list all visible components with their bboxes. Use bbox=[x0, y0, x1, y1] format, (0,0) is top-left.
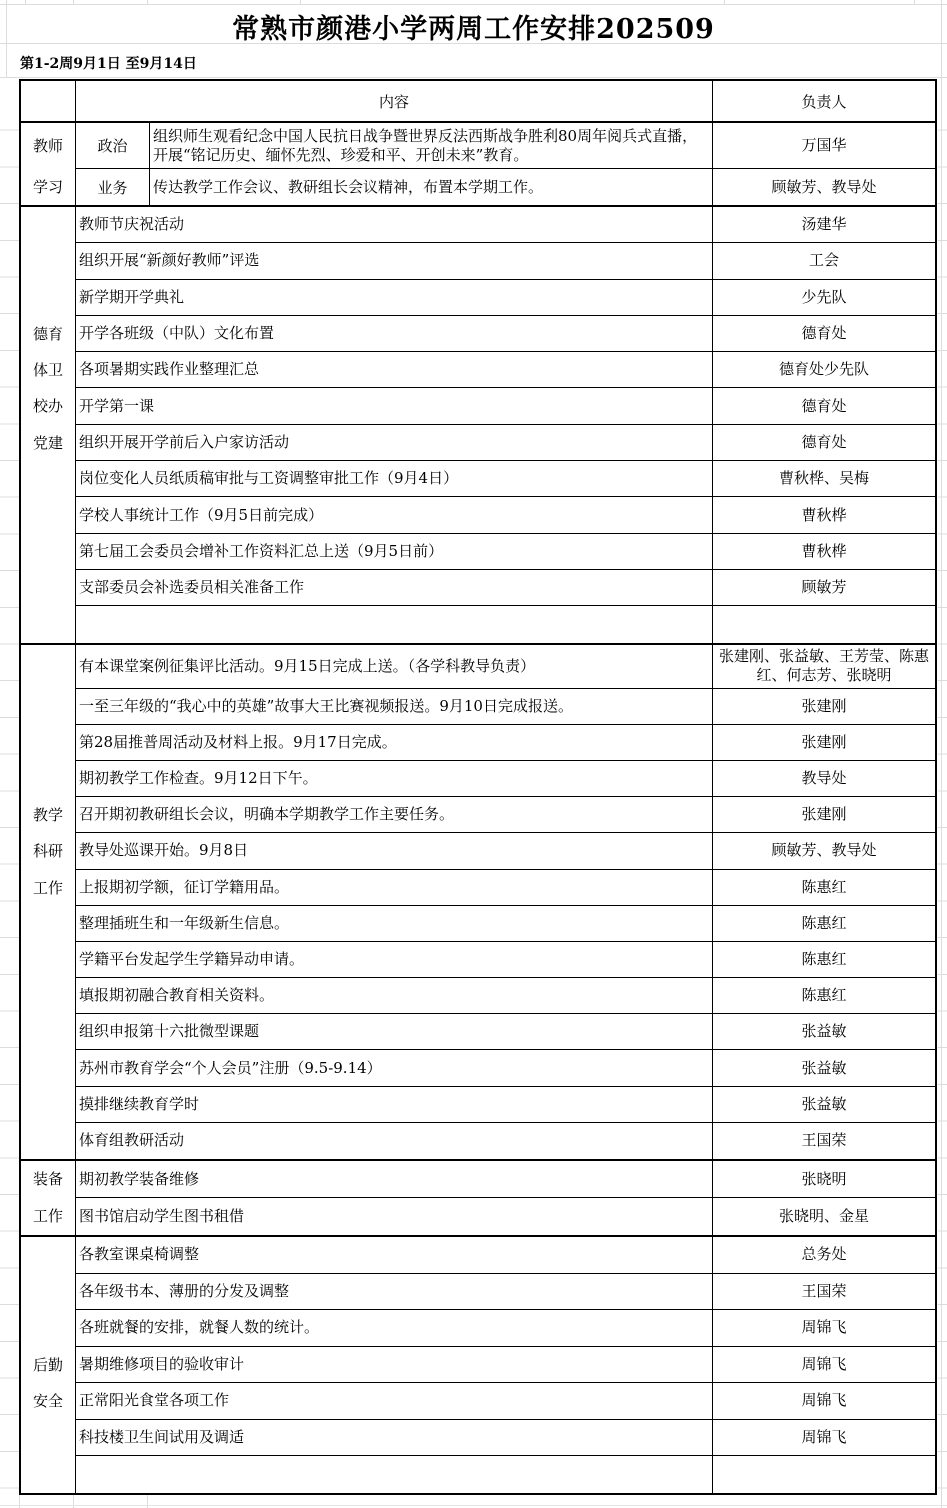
table-row: 填报期初融合教育相关资料。陈惠红 bbox=[76, 978, 935, 1014]
task-person-cell bbox=[713, 606, 935, 642]
task-person-cell: 曹秋桦 bbox=[713, 534, 935, 569]
table-row: 组织开展“新颜好教师”评选工会 bbox=[76, 243, 935, 279]
category-label: 校办 bbox=[21, 388, 75, 424]
table-row bbox=[76, 1456, 935, 1493]
task-content-cell: 期初教学装备维修 bbox=[76, 1161, 713, 1197]
sheet-gridline bbox=[0, 4, 947, 5]
table-row: 召开期初教研组长会议，明确本学期教学工作主要任务。张建刚 bbox=[76, 797, 935, 833]
task-person-cell: 陈惠红 bbox=[713, 942, 935, 977]
section-rows: 期初教学装备维修张晓明图书馆启动学生图书租借张晓明、金星 bbox=[76, 1161, 935, 1235]
table-row: 各教室课桌椅调整总务处 bbox=[76, 1237, 935, 1274]
task-person-cell: 曹秋桦、吴梅 bbox=[713, 461, 935, 496]
header-category-cell bbox=[21, 81, 76, 121]
table-row: 有本课堂案例征集评比活动。9月15日完成上送。（各学科教导负责）张建刚、张益敏、… bbox=[76, 645, 935, 689]
table-row bbox=[76, 606, 935, 642]
section-equipment-work: 装备工作期初教学装备维修张晓明图书馆启动学生图书租借张晓明、金星 bbox=[21, 1161, 935, 1237]
header-content-cell: 内容 bbox=[76, 81, 713, 121]
task-person-cell bbox=[713, 1456, 935, 1493]
table-body: 教师学习政治组织师生观看纪念中国人民抗日战争暨世界反法西斯战争胜利80周年阅兵式… bbox=[21, 123, 935, 1493]
task-person-cell: 周锦飞 bbox=[713, 1420, 935, 1456]
category-label: 科研 bbox=[21, 833, 75, 869]
task-content-cell: 体育组教研活动 bbox=[76, 1123, 713, 1159]
task-content-cell: 填报期初融合教育相关资料。 bbox=[76, 978, 713, 1013]
task-person-cell: 张建刚 bbox=[713, 797, 935, 832]
task-content-cell: 召开期初教研组长会议，明确本学期教学工作主要任务。 bbox=[76, 797, 713, 832]
task-content-cell: 支部委员会补选委员相关准备工作 bbox=[76, 570, 713, 605]
task-person-cell: 陈惠红 bbox=[713, 906, 935, 941]
task-person-cell: 顾敏芳、教导处 bbox=[713, 833, 935, 868]
table-row: 上报期初学额，征订学籍用品。陈惠红 bbox=[76, 870, 935, 906]
table-row: 政治组织师生观看纪念中国人民抗日战争暨世界反法西斯战争胜利80周年阅兵式直播，开… bbox=[76, 123, 935, 169]
task-person-cell: 陈惠红 bbox=[713, 978, 935, 1013]
table-row: 第28届推普周活动及材料上报。9月17日完成。张建刚 bbox=[76, 725, 935, 761]
task-person-cell: 教导处 bbox=[713, 761, 935, 796]
task-content-cell: 图书馆启动学生图书租借 bbox=[76, 1198, 713, 1235]
spreadsheet-canvas: 常熟市颜港小学两周工作安排202509 第1-2周9月1日 至9月14日 内容 … bbox=[0, 0, 947, 1508]
task-content-cell: 组织师生观看纪念中国人民抗日战争暨世界反法西斯战争胜利80周年阅兵式直播，开展“… bbox=[150, 123, 713, 168]
table-row: 各项暑期实践作业整理汇总德育处少先队 bbox=[76, 352, 935, 388]
sheet-gridlines-right-margin bbox=[938, 94, 947, 1494]
sheet-gridline bbox=[19, 1495, 20, 1508]
category-label: 体卫 bbox=[21, 352, 75, 388]
task-person-cell: 汤建华 bbox=[713, 207, 935, 242]
task-person-cell: 总务处 bbox=[713, 1237, 935, 1273]
task-content-cell: 上报期初学额，征订学籍用品。 bbox=[76, 870, 713, 905]
task-content-cell: 教导处巡课开始。9月8日 bbox=[76, 833, 713, 868]
sheet-gridline bbox=[0, 77, 947, 78]
task-person-cell: 少先队 bbox=[713, 280, 935, 315]
task-person-cell: 德育处 bbox=[713, 388, 935, 423]
section-rows: 有本课堂案例征集评比活动。9月15日完成上送。（各学科教导负责）张建刚、张益敏、… bbox=[76, 645, 935, 1159]
task-person-cell: 张建刚、张益敏、王芳莹、陈惠红、何志芳、张晓明 bbox=[713, 645, 935, 688]
task-content-cell: 传达教学工作会议、教研组长会议精神，布置本学期工作。 bbox=[150, 169, 713, 205]
category-cell: 教学科研工作 bbox=[21, 645, 76, 1159]
subcategory-cell: 业务 bbox=[76, 169, 150, 205]
table-row: 教导处巡课开始。9月8日顾敏芳、教导处 bbox=[76, 833, 935, 869]
section-rows: 各教室课桌椅调整总务处各年级书本、薄册的分发及调整王国荣各班就餐的安排，就餐人数… bbox=[76, 1237, 935, 1493]
task-person-cell: 陈惠红 bbox=[713, 870, 935, 905]
table-row: 正常阳光食堂各项工作周锦飞 bbox=[76, 1383, 935, 1420]
category-cell: 后勤安全 bbox=[21, 1237, 76, 1493]
task-content-cell bbox=[76, 1456, 713, 1493]
task-content-cell: 各教室课桌椅调整 bbox=[76, 1237, 713, 1273]
sheet-gridlines-left-margin bbox=[0, 94, 19, 1494]
category-label: 工作 bbox=[21, 1198, 75, 1235]
task-content-cell: 期初教学工作检查。9月12日下午。 bbox=[76, 761, 713, 796]
task-content-cell: 组织开展“新颜好教师”评选 bbox=[76, 243, 713, 278]
sheet-gridline bbox=[0, 1505, 947, 1506]
category-labels: 教学科研工作 bbox=[21, 797, 75, 906]
page-title: 常熟市颜港小学两周工作安排202509 bbox=[0, 7, 947, 46]
task-person-cell: 周锦飞 bbox=[713, 1347, 935, 1383]
table-row: 支部委员会补选委员相关准备工作顾敏芳 bbox=[76, 570, 935, 606]
task-person-cell: 周锦飞 bbox=[713, 1310, 935, 1346]
table-row: 体育组教研活动王国荣 bbox=[76, 1123, 935, 1159]
task-content-cell: 有本课堂案例征集评比活动。9月15日完成上送。（各学科教导负责） bbox=[76, 645, 713, 688]
period-subtitle: 第1-2周9月1日 至9月14日 bbox=[20, 53, 197, 73]
task-content-cell: 整理插班生和一年级新生信息。 bbox=[76, 906, 713, 941]
category-labels: 后勤安全 bbox=[21, 1347, 75, 1420]
category-label: 党建 bbox=[21, 425, 75, 461]
task-content-cell: 各年级书本、薄册的分发及调整 bbox=[76, 1274, 713, 1310]
task-content-cell: 学校人事统计工作（9月5日前完成） bbox=[76, 497, 713, 532]
category-label: 后勤 bbox=[21, 1347, 75, 1384]
task-content-cell: 一至三年级的“我心中的英雄”故事大王比赛视频报送。9月10日完成报送。 bbox=[76, 689, 713, 724]
task-person-cell: 德育处少先队 bbox=[713, 352, 935, 387]
task-person-cell: 张晓明 bbox=[713, 1161, 935, 1197]
task-person-cell: 曹秋桦 bbox=[713, 497, 935, 532]
task-person-cell: 王国荣 bbox=[713, 1274, 935, 1310]
task-person-cell: 张益敏 bbox=[713, 1087, 935, 1122]
sheet-gridline bbox=[147, 0, 148, 4]
table-row: 开学第一课德育处 bbox=[76, 388, 935, 424]
table-row: 科技楼卫生间试用及调适周锦飞 bbox=[76, 1420, 935, 1457]
task-person-cell: 张建刚 bbox=[713, 689, 935, 724]
header-person-cell: 负责人 bbox=[713, 81, 935, 121]
task-content-cell: 开学各班级（中队）文化布置 bbox=[76, 316, 713, 351]
table-row: 组织开展开学前后入户家访活动德育处 bbox=[76, 425, 935, 461]
task-content-cell bbox=[76, 606, 713, 642]
table-row: 期初教学工作检查。9月12日下午。教导处 bbox=[76, 761, 935, 797]
sheet-gridline bbox=[73, 1495, 74, 1508]
task-person-cell: 周锦飞 bbox=[713, 1383, 935, 1419]
section-rows: 教师节庆祝活动汤建华组织开展“新颜好教师”评选工会新学期开学典礼少先队开学各班级… bbox=[76, 207, 935, 643]
task-person-cell: 德育处 bbox=[713, 316, 935, 351]
table-row: 教师节庆祝活动汤建华 bbox=[76, 207, 935, 243]
table-row: 业务传达教学工作会议、教研组长会议精神，布置本学期工作。顾敏芳、教导处 bbox=[76, 169, 935, 205]
task-person-cell: 顾敏芳 bbox=[713, 570, 935, 605]
task-content-cell: 暑期维修项目的验收审计 bbox=[76, 1347, 713, 1383]
sheet-gridline bbox=[724, 0, 725, 4]
task-content-cell: 苏州市教育学会“个人会员”注册（9.5-9.14） bbox=[76, 1050, 713, 1085]
section-rows: 政治组织师生观看纪念中国人民抗日战争暨世界反法西斯战争胜利80周年阅兵式直播，开… bbox=[76, 123, 935, 205]
sheet-gridline bbox=[147, 1495, 148, 1508]
table-row: 开学各班级（中队）文化布置德育处 bbox=[76, 316, 935, 352]
task-content-cell: 科技楼卫生间试用及调适 bbox=[76, 1420, 713, 1456]
table-row: 苏州市教育学会“个人会员”注册（9.5-9.14）张益敏 bbox=[76, 1050, 935, 1086]
category-labels: 德育体卫校办党建 bbox=[21, 316, 75, 461]
section-teaching-research-work: 教学科研工作有本课堂案例征集评比活动。9月15日完成上送。（各学科教导负责）张建… bbox=[21, 645, 935, 1161]
table-header-row: 内容 负责人 bbox=[21, 81, 935, 123]
table-row: 摸排继续教育学时张益敏 bbox=[76, 1087, 935, 1123]
category-label: 工作 bbox=[21, 870, 75, 906]
task-person-cell: 张晓明、金星 bbox=[713, 1198, 935, 1235]
category-label: 安全 bbox=[21, 1383, 75, 1420]
table-row: 图书馆启动学生图书租借张晓明、金星 bbox=[76, 1198, 935, 1235]
task-person-cell: 张益敏 bbox=[713, 1050, 935, 1085]
table-row: 组织申报第十六批微型课题张益敏 bbox=[76, 1014, 935, 1050]
table-row: 期初教学装备维修张晓明 bbox=[76, 1161, 935, 1198]
sheet-gridline bbox=[73, 0, 74, 4]
task-person-cell: 顾敏芳、教导处 bbox=[713, 169, 935, 205]
table-row: 学籍平台发起学生学籍异动申请。陈惠红 bbox=[76, 942, 935, 978]
task-content-cell: 第28届推普周活动及材料上报。9月17日完成。 bbox=[76, 725, 713, 760]
category-cell: 德育体卫校办党建 bbox=[21, 207, 76, 643]
category-label: 教师 bbox=[21, 123, 75, 169]
category-labels: 教师学习 bbox=[21, 123, 75, 205]
table-row: 新学期开学典礼少先队 bbox=[76, 280, 935, 316]
task-person-cell: 万国华 bbox=[713, 123, 935, 168]
task-content-cell: 各项暑期实践作业整理汇总 bbox=[76, 352, 713, 387]
sheet-gridline bbox=[25, 0, 26, 4]
category-cell: 教师学习 bbox=[21, 123, 76, 205]
table-row: 各年级书本、薄册的分发及调整王国荣 bbox=[76, 1274, 935, 1311]
table-row: 岗位变化人员纸质稿审批与工资调整审批工作（9月4日）曹秋桦、吴梅 bbox=[76, 461, 935, 497]
subcategory-cell: 政治 bbox=[76, 123, 150, 168]
task-content-cell: 组织申报第十六批微型课题 bbox=[76, 1014, 713, 1049]
category-cell: 装备工作 bbox=[21, 1161, 76, 1235]
task-content-cell: 正常阳光食堂各项工作 bbox=[76, 1383, 713, 1419]
work-plan-table: 内容 负责人 教师学习政治组织师生观看纪念中国人民抗日战争暨世界反法西斯战争胜利… bbox=[19, 79, 937, 1495]
table-row: 暑期维修项目的验收审计周锦飞 bbox=[76, 1347, 935, 1384]
section-logistics-safety: 后勤安全各教室课桌椅调整总务处各年级书本、薄册的分发及调整王国荣各班就餐的安排，… bbox=[21, 1237, 935, 1493]
table-row: 整理插班生和一年级新生信息。陈惠红 bbox=[76, 906, 935, 942]
task-content-cell: 各班就餐的安排，就餐人数的统计。 bbox=[76, 1310, 713, 1346]
task-person-cell: 张建刚 bbox=[713, 725, 935, 760]
table-row: 第七届工会委员会增补工作资料汇总上送（9月5日前）曹秋桦 bbox=[76, 534, 935, 570]
category-label: 装备 bbox=[21, 1161, 75, 1198]
task-person-cell: 张益敏 bbox=[713, 1014, 935, 1049]
sheet-gridline bbox=[914, 0, 915, 4]
task-content-cell: 组织开展开学前后入户家访活动 bbox=[76, 425, 713, 460]
sheet-gridline bbox=[300, 0, 301, 4]
task-content-cell: 学籍平台发起学生学籍异动申请。 bbox=[76, 942, 713, 977]
task-content-cell: 第七届工会委员会增补工作资料汇总上送（9月5日前） bbox=[76, 534, 713, 569]
category-label: 德育 bbox=[21, 316, 75, 352]
task-person-cell: 德育处 bbox=[713, 425, 935, 460]
category-labels: 装备工作 bbox=[21, 1161, 75, 1235]
task-person-cell: 王国荣 bbox=[713, 1123, 935, 1159]
task-content-cell: 新学期开学典礼 bbox=[76, 280, 713, 315]
section-teacher-study: 教师学习政治组织师生观看纪念中国人民抗日战争暨世界反法西斯战争胜利80周年阅兵式… bbox=[21, 123, 935, 207]
section-moral-health-office-party: 德育体卫校办党建教师节庆祝活动汤建华组织开展“新颜好教师”评选工会新学期开学典礼… bbox=[21, 207, 935, 645]
table-row: 学校人事统计工作（9月5日前完成）曹秋桦 bbox=[76, 497, 935, 533]
category-label: 教学 bbox=[21, 797, 75, 833]
category-label: 学习 bbox=[21, 169, 75, 205]
table-row: 各班就餐的安排，就餐人数的统计。周锦飞 bbox=[76, 1310, 935, 1347]
task-content-cell: 岗位变化人员纸质稿审批与工资调整审批工作（9月4日） bbox=[76, 461, 713, 496]
table-row: 一至三年级的“我心中的英雄”故事大王比赛视频报送。9月10日完成报送。张建刚 bbox=[76, 689, 935, 725]
task-content-cell: 摸排继续教育学时 bbox=[76, 1087, 713, 1122]
task-content-cell: 教师节庆祝活动 bbox=[76, 207, 713, 242]
task-content-cell: 开学第一课 bbox=[76, 388, 713, 423]
task-person-cell: 工会 bbox=[713, 243, 935, 278]
